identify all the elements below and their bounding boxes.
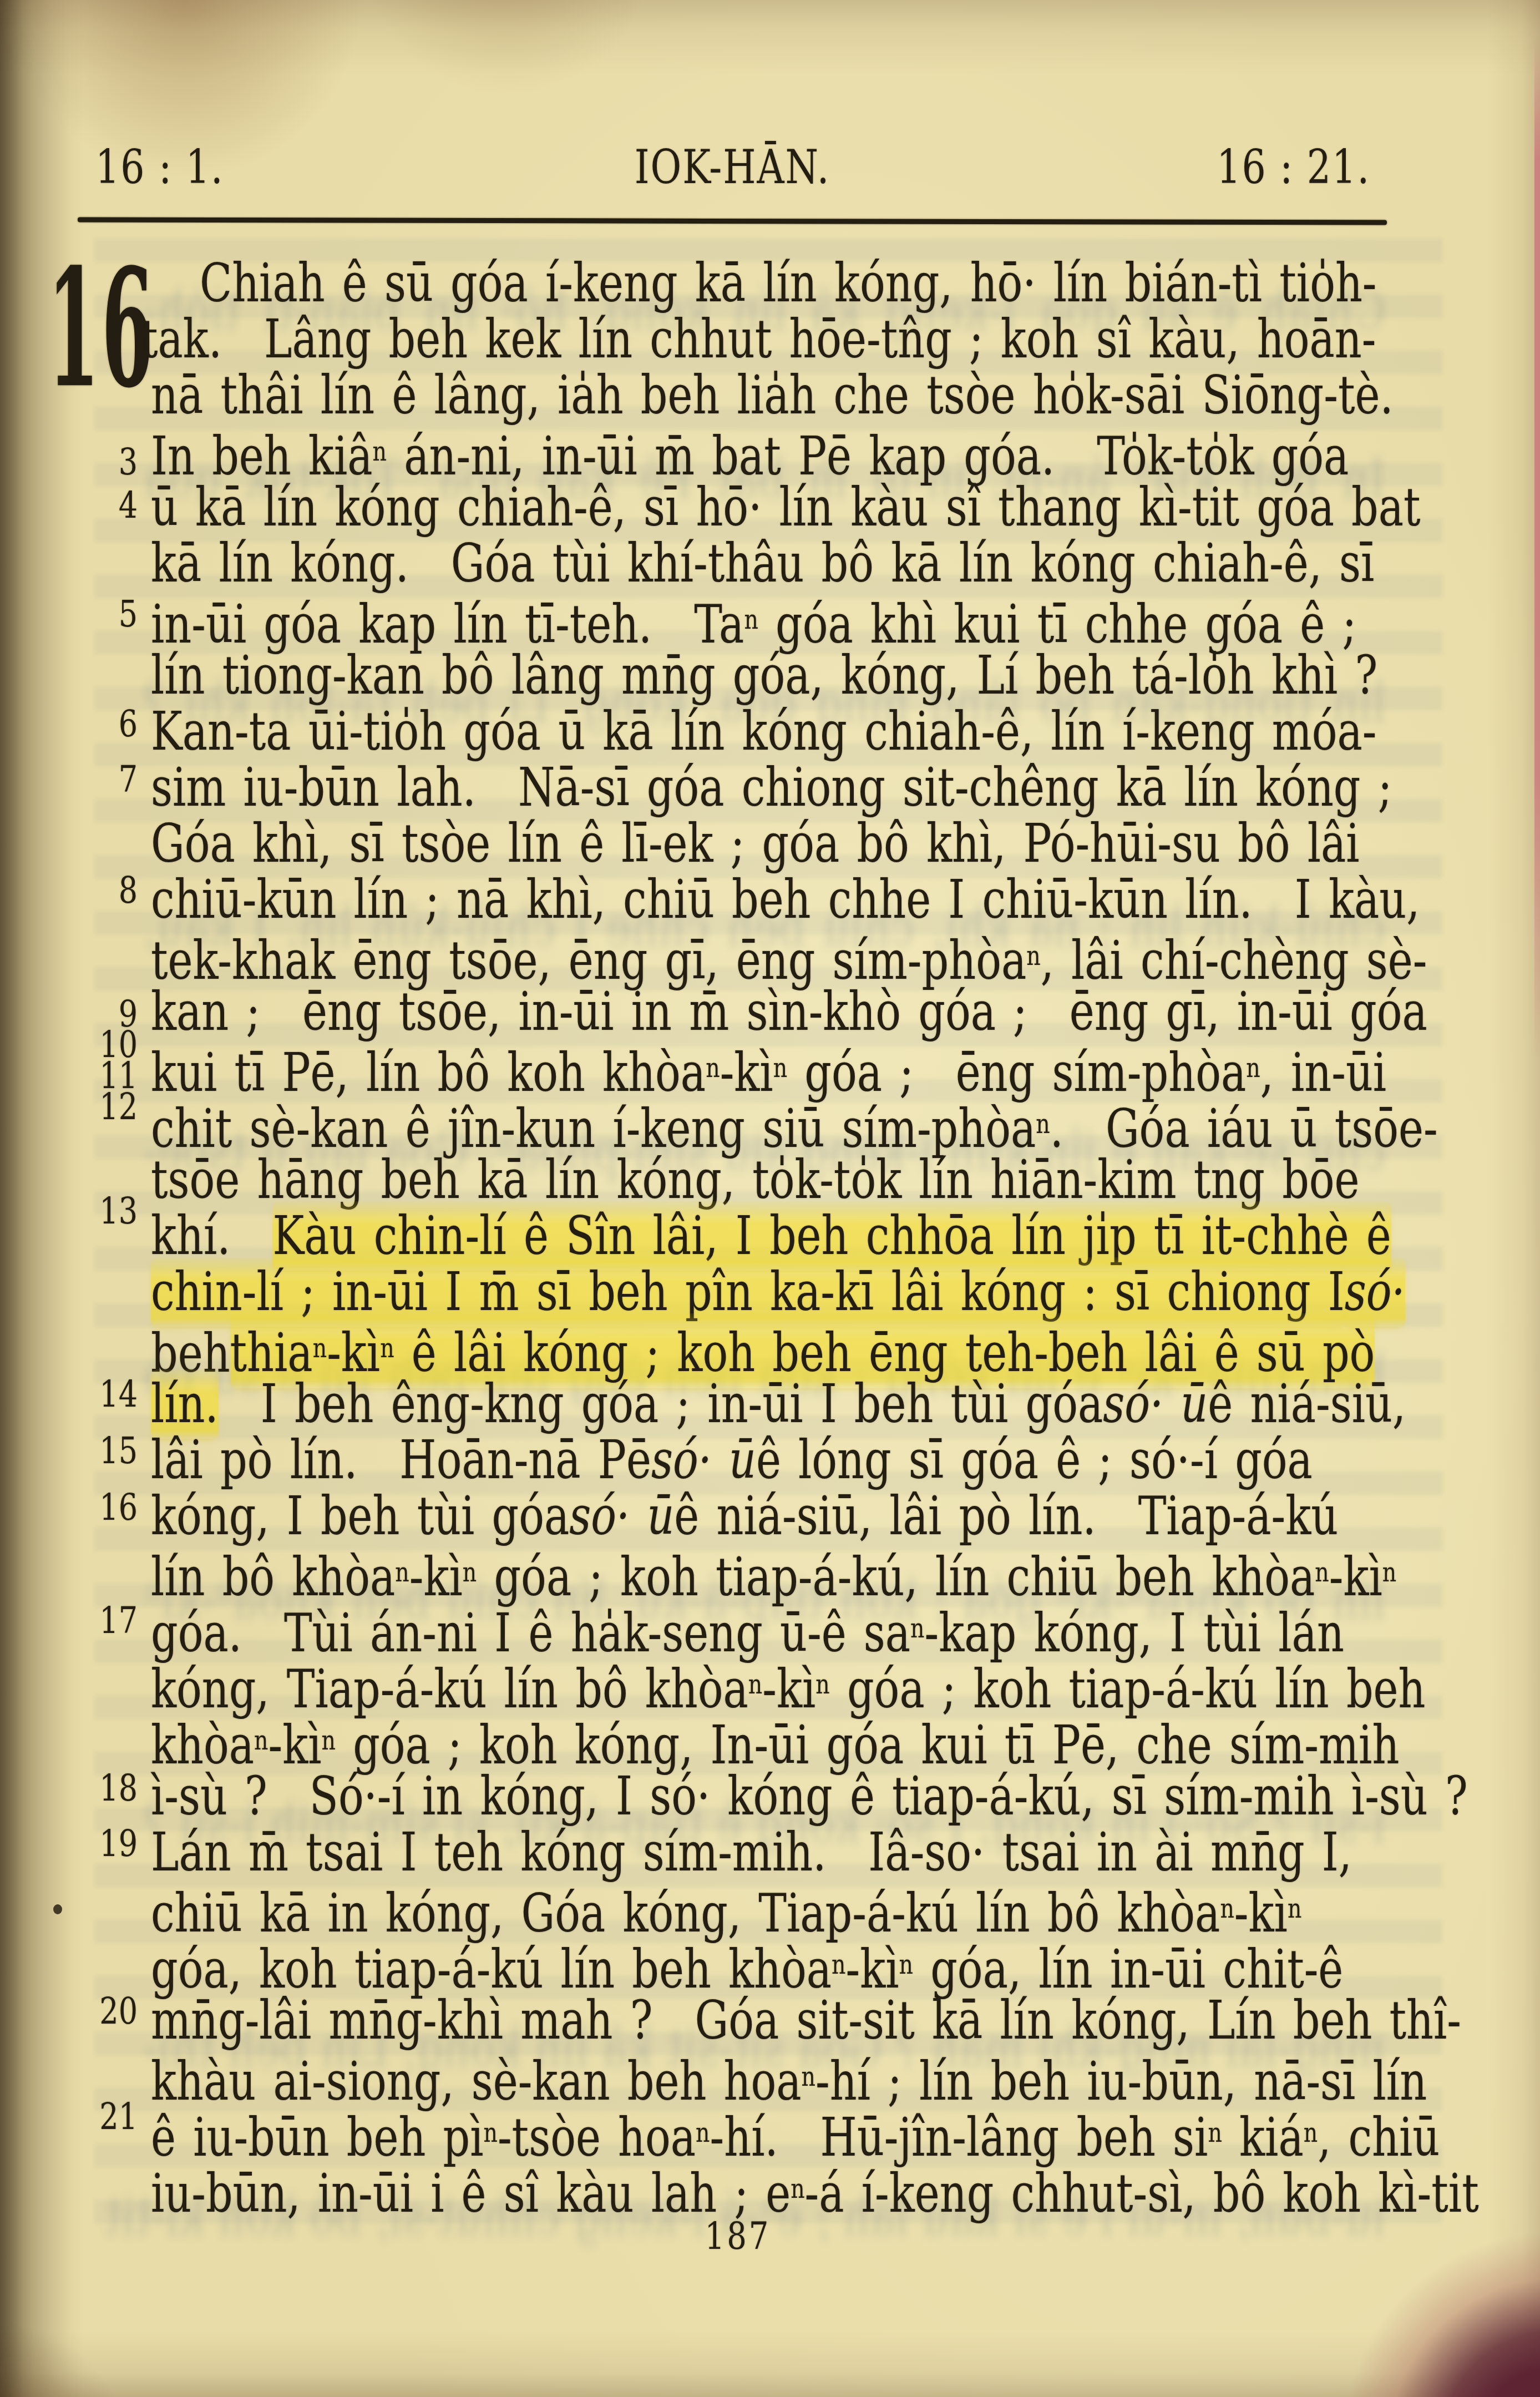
verse-number: 14	[50, 1376, 138, 1413]
red-stained-page-edge	[1534, 39, 1540, 1060]
verse-number: 3	[50, 444, 138, 481]
verse-number: 21	[50, 2098, 138, 2135]
header-rule	[78, 218, 1387, 225]
verse-number: 6	[50, 706, 138, 742]
verse-number: 12	[50, 1089, 138, 1125]
verse-number: 17	[50, 1602, 138, 1639]
verse-number: 20	[50, 1993, 138, 2030]
stray-ink-mark	[53, 1904, 62, 1914]
scanned-book-page: { "header": { "left": "16 : 1.", "center…	[0, 0, 1540, 2397]
verse-number: 13	[50, 1193, 138, 1230]
verse-number: 4	[50, 487, 138, 524]
verse-number: 8	[50, 872, 138, 909]
text-line: iu-būn, in-ūi i ê sî kàu lah ; en-á í-ke…	[151, 2154, 1398, 2223]
verse-number: 16	[50, 1489, 138, 1526]
running-header-right-verse-ref: 16 : 21.	[0, 140, 1370, 195]
verse-number: 18	[50, 1770, 138, 1807]
verse-number: 15	[50, 1433, 138, 1469]
verse-number: 5	[50, 596, 138, 633]
verse-number: 7	[50, 761, 138, 798]
page-number: 187	[0, 2215, 1476, 2258]
verse-number: 19	[50, 1825, 138, 1862]
chapter-number-drop-cap: 16	[48, 247, 155, 409]
